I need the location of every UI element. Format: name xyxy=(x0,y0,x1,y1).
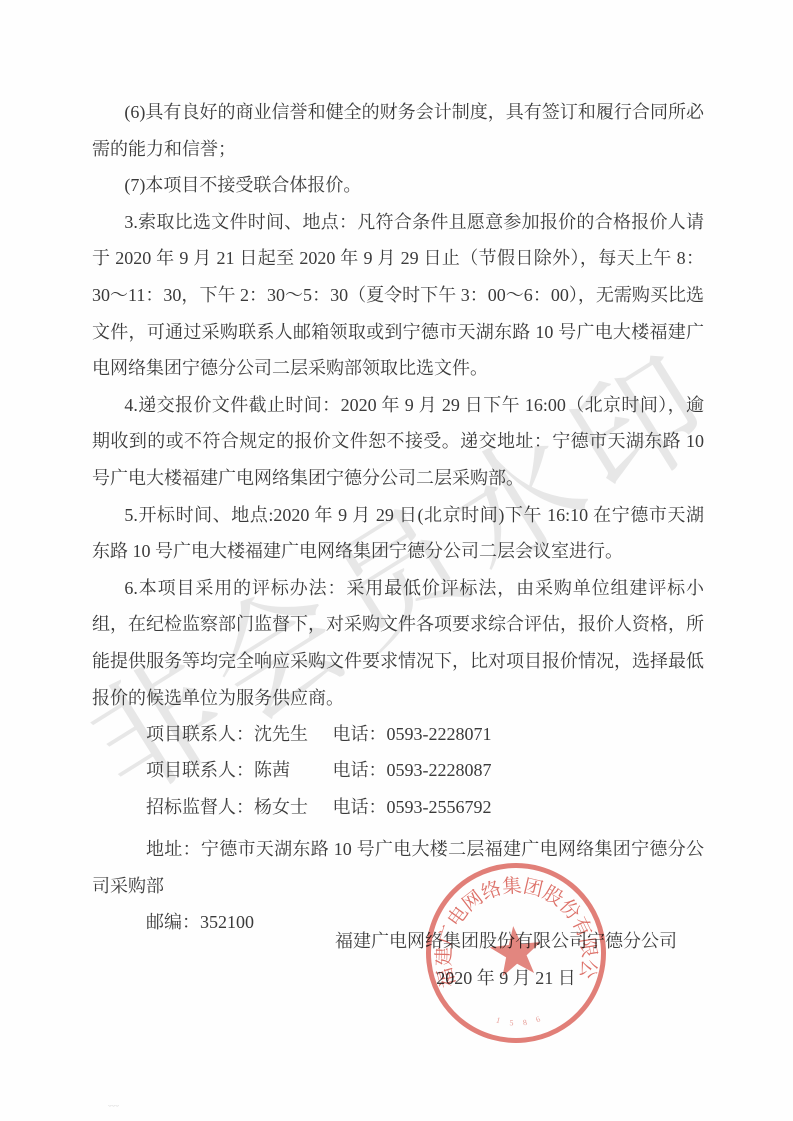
paragraph-item-6-evaluation-method: 6.本项目采用的评标办法：采用最低价评标法，由采购单位组建评标小组，在纪检监察部… xyxy=(92,570,704,716)
scanned-document-page: 非会员水印 (6)具有良好的商业信誉和健全的财务会计制度，具有签订和履行合同所必… xyxy=(0,0,793,1121)
contact-list: 项目联系人：沈先生 电话：0593-2228071 项目联系人：陈茜 电话：05… xyxy=(92,716,704,825)
seal-star-icon xyxy=(488,923,544,977)
paragraph-item-3-document-collection: 3.索取比选文件时间、地点：凡符合条件且愿意参加报价的合格报价人请于 2020 … xyxy=(92,204,704,387)
contact-phone: 电话：0593-2228087 xyxy=(333,760,492,780)
paragraph-clause-7: (7)本项目不接受联合体报价。 xyxy=(92,167,704,204)
contact-row: 项目联系人：沈先生 电话：0593-2228071 xyxy=(92,716,704,752)
contact-name: 项目联系人：沈先生 xyxy=(146,716,328,752)
document-body: (6)具有良好的商业信誉和健全的财务会计制度，具有签订和履行合同所必需的能力和信… xyxy=(92,94,704,716)
seal-arc-company-text: 福建广电网络集团股份有限公司 xyxy=(394,831,603,1001)
scan-artifact-mark: ﹏ xyxy=(108,1093,119,1109)
contact-phone: 电话：0593-2228071 xyxy=(333,724,492,744)
contact-phone: 电话：0593-2556792 xyxy=(333,797,492,817)
seal-serial-digits: 1 5 8 6 xyxy=(494,1010,545,1030)
paragraph-item-4-submission-deadline: 4.递交报价文件截止时间：2020 年 9 月 29 日下午 16:00（北京时… xyxy=(92,387,704,497)
contact-name: 招标监督人：杨女士 xyxy=(146,789,328,825)
contact-name: 项目联系人：陈茜 xyxy=(146,752,328,788)
paragraph-item-5-bid-opening: 5.开标时间、地点:2020 年 9 月 29 日(北京时间)下午 16:10 … xyxy=(92,497,704,570)
contact-row: 项目联系人：陈茜 电话：0593-2228087 xyxy=(92,752,704,788)
official-red-seal: 福建广电网络集团股份有限公司 1 5 8 6 xyxy=(394,831,638,1075)
paragraph-clause-6: (6)具有良好的商业信誉和健全的财务会计制度，具有签订和履行合同所必需的能力和信… xyxy=(92,94,704,167)
contact-row: 招标监督人：杨女士 电话：0593-2556792 xyxy=(92,789,704,825)
